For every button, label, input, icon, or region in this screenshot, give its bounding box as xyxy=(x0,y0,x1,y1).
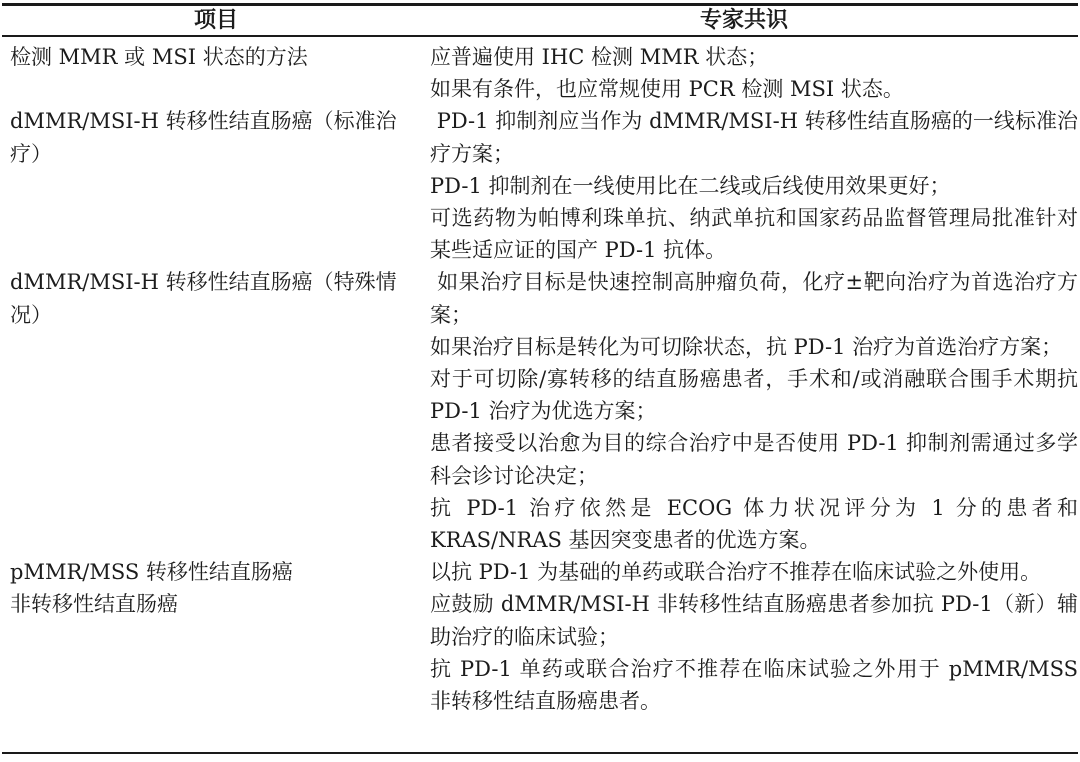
column-header-item: 项目 xyxy=(2,6,430,35)
table-header-row: 项目 专家共识 xyxy=(2,6,1078,37)
item-cell: 非转移性结直肠癌 xyxy=(2,588,430,620)
item-cell: dMMR/MSI-H 转移性结直肠癌（特殊情况） xyxy=(2,266,430,330)
page: { "page": { "background": "#ffffff", "te… xyxy=(0,0,1080,762)
consensus-cell: 如果治疗目标是快速控制高肿瘤负荷，化疗±靶向治疗为首选治疗方案；如果治疗目标是转… xyxy=(430,266,1078,556)
item-cell: 检测 MMR 或 MSI 状态的方法 xyxy=(2,41,430,73)
consensus-statement: 可选药物为帕博利珠单抗、纳武单抗和国家药品监督管理局批准针对某些适应证的国产 P… xyxy=(430,202,1078,266)
consensus-statement: 如果有条件，也应常规使用 PCR 检测 MSI 状态。 xyxy=(430,73,1078,105)
consensus-cell: 以抗 PD-1 为基础的单药或联合治疗不推荐在临床试验之外使用。 xyxy=(430,556,1078,588)
consensus-cell: PD-1 抑制剂应当作为 dMMR/MSI-H 转移性结直肠癌的一线标准治疗方案… xyxy=(430,105,1078,266)
table-row: dMMR/MSI-H 转移性结直肠癌（特殊情况） 如果治疗目标是快速控制高肿瘤负… xyxy=(2,266,1078,556)
consensus-statement: 如果治疗目标是快速控制高肿瘤负荷，化疗±靶向治疗为首选治疗方案； xyxy=(430,266,1078,330)
consensus-statement: 应普遍使用 IHC 检测 MMR 状态； xyxy=(430,41,1078,73)
consensus-statement: 如果治疗目标是转化为可切除状态，抗 PD-1 治疗为首选治疗方案； xyxy=(430,331,1078,363)
consensus-statement: PD-1 抑制剂在一线使用比在二线或后线使用效果更好； xyxy=(430,170,1078,202)
table-row: pMMR/MSS 转移性结直肠癌 以抗 PD-1 为基础的单药或联合治疗不推荐在… xyxy=(2,556,1078,588)
item-cell: pMMR/MSS 转移性结直肠癌 xyxy=(2,556,430,588)
table-row: 检测 MMR 或 MSI 状态的方法 应普遍使用 IHC 检测 MMR 状态；如… xyxy=(2,41,1078,105)
column-header-consensus: 专家共识 xyxy=(430,6,1078,35)
consensus-statement: 抗 PD-1 治疗依然是 ECOG 体力状况评分为 1 分的患者和 KRAS/N… xyxy=(430,492,1078,556)
consensus-statement: 抗 PD-1 单药或联合治疗不推荐在临床试验之外用于 pMMR/MSS 非转移性… xyxy=(430,653,1078,717)
consensus-statement: 以抗 PD-1 为基础的单药或联合治疗不推荐在临床试验之外使用。 xyxy=(430,556,1078,588)
consensus-statement: PD-1 抑制剂应当作为 dMMR/MSI-H 转移性结直肠癌的一线标准治疗方案… xyxy=(430,105,1078,169)
table-row: 非转移性结直肠癌 应鼓励 dMMR/MSI-H 非转移性结直肠癌患者参加抗 PD… xyxy=(2,588,1078,717)
consensus-cell: 应普遍使用 IHC 检测 MMR 状态；如果有条件，也应常规使用 PCR 检测 … xyxy=(430,41,1078,105)
table-body: 检测 MMR 或 MSI 状态的方法 应普遍使用 IHC 检测 MMR 状态；如… xyxy=(2,37,1078,752)
consensus-statement: 应鼓励 dMMR/MSI-H 非转移性结直肠癌患者参加抗 PD-1（新）辅助治疗… xyxy=(430,588,1078,652)
consensus-statement: 患者接受以治愈为目的综合治疗中是否使用 PD-1 抑制剂需通过多学科会诊讨论决定… xyxy=(430,427,1078,491)
consensus-table: 项目 专家共识 检测 MMR 或 MSI 状态的方法 应普遍使用 IHC 检测 … xyxy=(2,3,1078,754)
table-row: dMMR/MSI-H 转移性结直肠癌（标准治疗） PD-1 抑制剂应当作为 dM… xyxy=(2,105,1078,266)
consensus-cell: 应鼓励 dMMR/MSI-H 非转移性结直肠癌患者参加抗 PD-1（新）辅助治疗… xyxy=(430,588,1078,717)
item-cell: dMMR/MSI-H 转移性结直肠癌（标准治疗） xyxy=(2,105,430,169)
consensus-statement: 对于可切除/寡转移的结直肠癌患者，手术和/或消融联合围手术期抗 PD-1 治疗为… xyxy=(430,363,1078,427)
